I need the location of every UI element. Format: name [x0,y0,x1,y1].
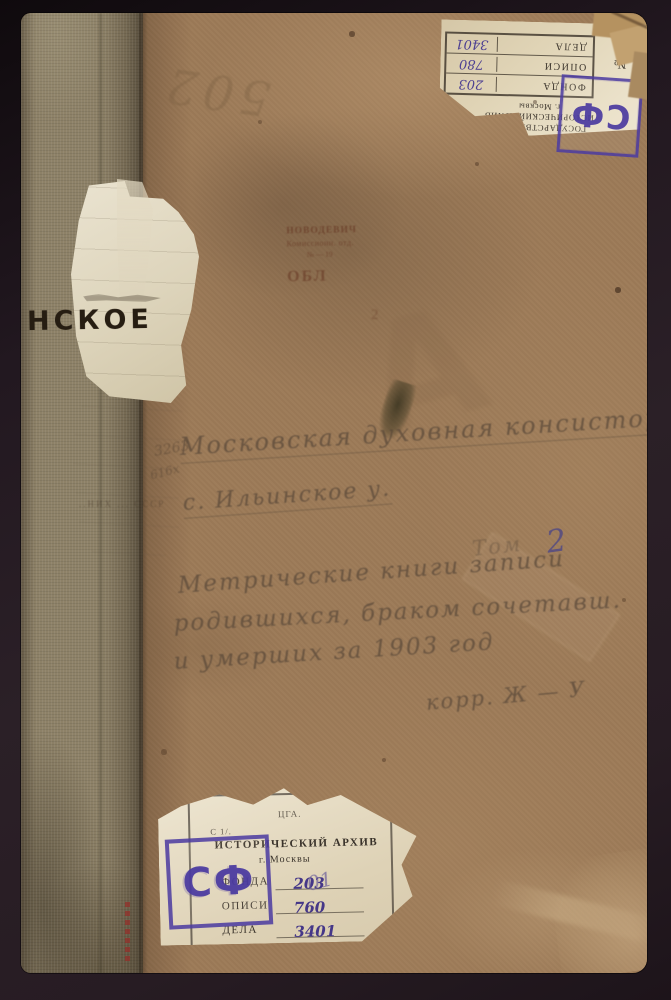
bottom-label-header-2: С 1/. [210,826,232,836]
red-stitching [125,901,130,961]
faded-ink-stamp: НОВОДЕВИЧ Комиссионн. отд. № — 19 ОБЛ [286,224,443,317]
opis-row-value: 780 [446,56,497,72]
opis-row-value: 760 [294,898,326,917]
fond-row-value: 203 [446,76,497,92]
delo-row-value: 3401 [447,36,498,52]
bottom-label-header-1: ЦГА. [278,809,302,819]
photo-background: А НСКОЕ 3263 616х ..НИХ ... СССР 502 НОВ… [0,0,671,1000]
spine-handwritten-title: НСКОЕ [27,304,153,337]
opis-row-label: ОПИСИ [497,59,592,72]
dust-specks [21,13,23,15]
sf-stamp-bottom: СФ [165,834,274,929]
faded-stamp-line-4: ОБЛ [287,266,442,287]
faded-stamp-line-2: Комиссионн. отд. [286,237,441,249]
book-cover: А НСКОЕ 3263 616х ..НИХ ... СССР 502 НОВ… [21,13,647,973]
delo-row-value: 3401 [294,922,336,941]
faded-stamp-line-1: НОВОДЕВИЧ [286,224,441,237]
faded-stamp-digit: 2 [371,307,379,324]
faded-stamp-line-3: № — 19 [307,248,442,259]
table-row: ДЕЛА 3401 [447,34,593,58]
delo-row-label: ДЕЛА [498,39,593,52]
spine-faint-print-line: ..НИХ ... СССР [79,499,165,509]
